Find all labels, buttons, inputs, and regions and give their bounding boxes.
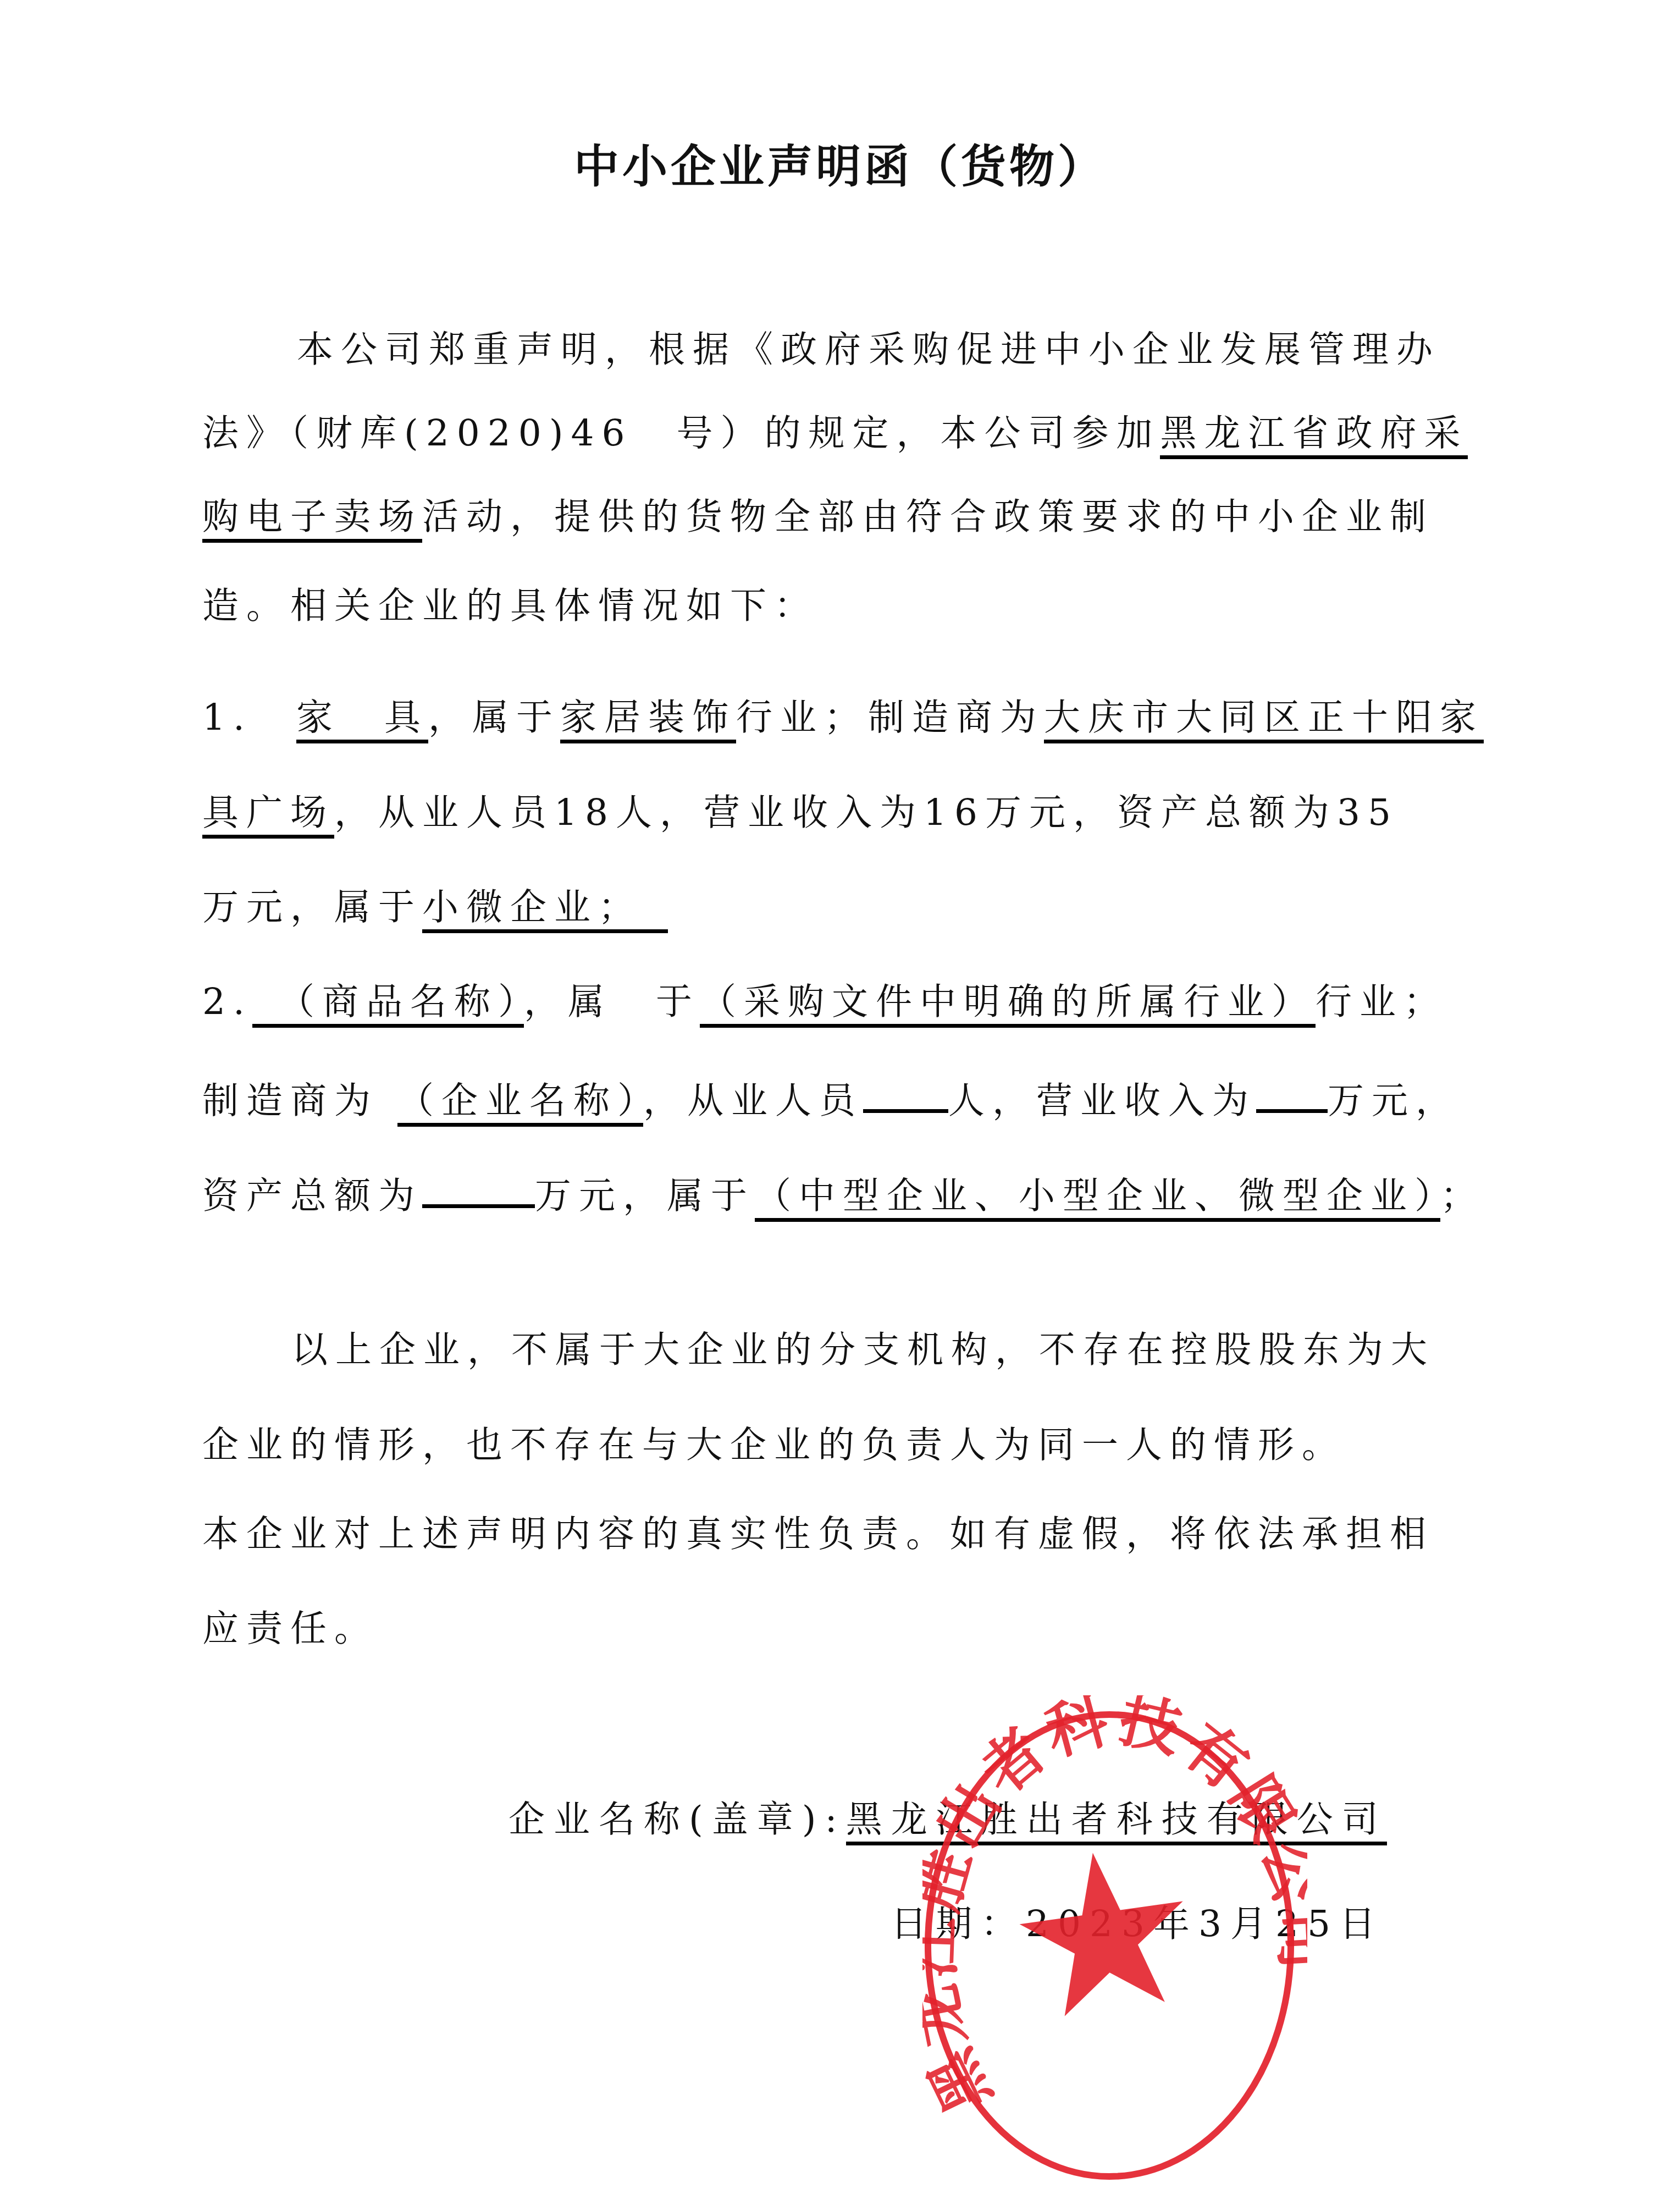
item1-enterprise-size: 小微企业； [422, 886, 668, 933]
item1-line-2: 具广场，从业人员18人，营业收入为16万元，资产总额为35 [202, 791, 1399, 835]
signature-line: 企业名称(盖章):黑龙江胜出者科技有限公司 [509, 1790, 1387, 1842]
intro-line-4: 造。相关企业的具体情况如下： [202, 584, 818, 628]
item2-line-2: 制造商为 （企业名称），从业人员人，营业收入为万元， [202, 1075, 1460, 1123]
item1-text: 万元，属于 [202, 886, 422, 928]
item1-line-3: 万元，属于小微企业； [202, 885, 668, 929]
item2-employees-blank [863, 1075, 948, 1113]
item2-text: 人，营业收入为 [948, 1079, 1256, 1122]
date-value: 2023年3月25日 [1026, 1903, 1384, 1945]
item1-product: 家 具 [296, 696, 428, 743]
item1-manufacturer-part2: 具广场 [202, 791, 334, 839]
intro-line-2: 法》（财库(2020)46 号）的规定，本公司参加黑龙江省政府采 [202, 411, 1468, 455]
intro-line-3: 购电子卖场活动，提供的货物全部由符合政策要求的中小企业制 [202, 495, 1434, 539]
date-line: 日期：2023年3月25日 [891, 1894, 1384, 1947]
item2-text: ，属 于 [524, 980, 700, 1023]
item2-assets-blank [422, 1170, 535, 1208]
item2-line-3: 资产总额为万元，属于（中型企业、小型企业、微型企业）； [202, 1170, 1484, 1218]
item2-text: 万元，属于 [535, 1175, 755, 1217]
item1-stats: ，从业人员18人，营业收入为16万元，资产总额为35 [334, 791, 1399, 834]
item2-line-1: 2. （商品名称），属 于（采购文件中明确的所属行业）行业； [202, 980, 1447, 1024]
intro-line-2-text: 法》（财库(2020)46 号）的规定，本公司参加 [202, 412, 1160, 454]
item2-revenue-blank [1256, 1075, 1328, 1113]
item2-text: 资产总额为 [202, 1175, 422, 1217]
closing-line-1: 以上企业，不属于大企业的分支机构，不存在控股股东为大 [291, 1328, 1435, 1372]
procurement-platform-part1: 黑龙江省政府采 [1160, 412, 1468, 459]
item2-text: ，从业人员 [643, 1079, 863, 1122]
company-name: 黑龙江胜出者科技有限公司 [846, 1798, 1387, 1845]
intro-line-3-text: 活动，提供的货物全部由符合政策要求的中小企业制 [422, 495, 1434, 538]
item2-enterprise-size-placeholder: （中型企业、小型企业、微型企业） [755, 1175, 1440, 1222]
item1-text: 行业；制造商为 [736, 696, 1044, 738]
item1-manufacturer-part1: 大庆市大同区正十阳家 [1044, 696, 1484, 743]
item2-industry-placeholder: （采购文件中明确的所属行业） [700, 980, 1316, 1028]
company-label: 企业名称(盖章): [509, 1798, 846, 1840]
document-title: 中小企业声明函（货物） [0, 131, 1680, 195]
item2-text: 制造商为 [202, 1079, 397, 1122]
closing-line-3: 本企业对上述声明内容的真实性负责。如有虚假，将依法承担相 [202, 1512, 1434, 1556]
item2-manufacturer-placeholder: （企业名称） [397, 1079, 643, 1127]
item2-number: 2. [202, 980, 252, 1023]
date-label: 日期： [891, 1903, 1026, 1945]
item2-product-placeholder: （商品名称） [252, 980, 524, 1028]
closing-line-2: 企业的情形，也不存在与大企业的负责人为同一人的情形。 [202, 1423, 1346, 1467]
item1-line-1: 1. 家 具，属于家居装饰行业；制造商为大庆市大同区正十阳家 [202, 696, 1484, 740]
closing-line-4: 应责任。 [202, 1607, 378, 1651]
item2-text: ； [1440, 1175, 1484, 1217]
item2-text: 万元， [1328, 1079, 1460, 1122]
item2-text: 行业； [1316, 980, 1447, 1023]
item1-number: 1. [202, 696, 296, 738]
intro-line-1: 本公司郑重声明，根据《政府采购促进中小企业发展管理办 [297, 328, 1440, 372]
item1-text: ，属于 [428, 696, 560, 738]
procurement-platform-part2: 购电子卖场 [202, 495, 422, 543]
item1-industry: 家居装饰 [560, 696, 736, 743]
